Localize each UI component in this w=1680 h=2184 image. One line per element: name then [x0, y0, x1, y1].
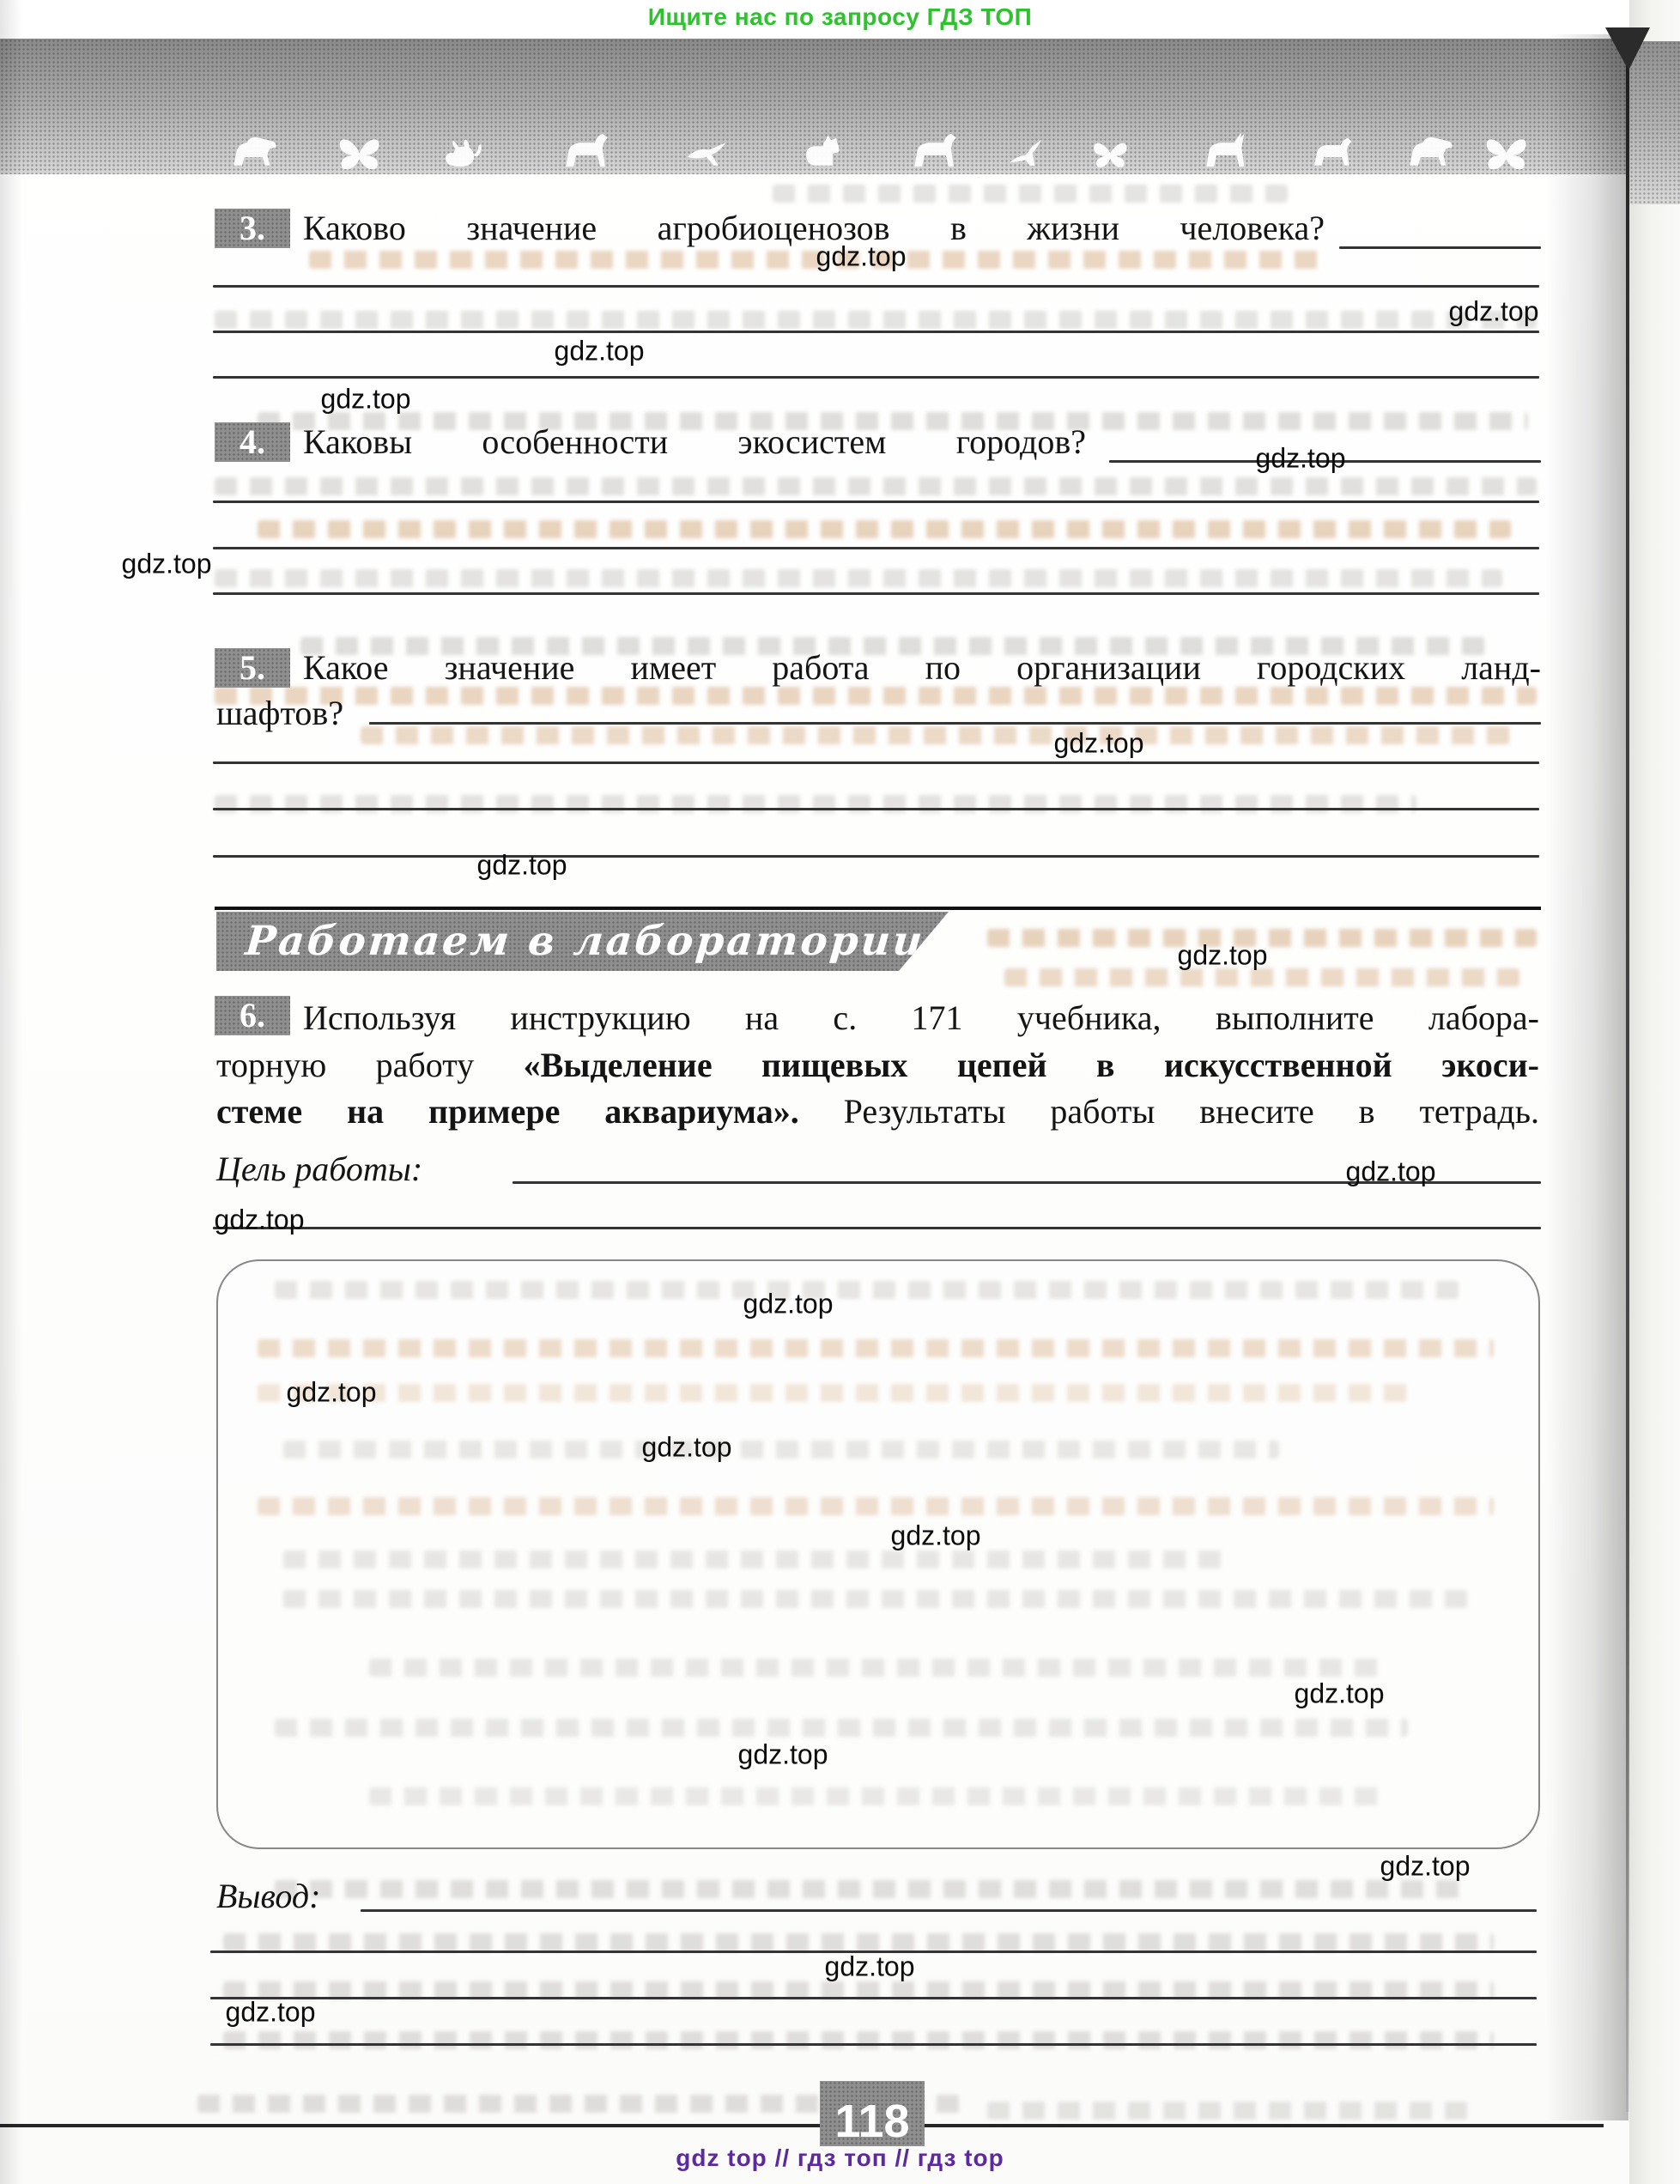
bison-icon: [1406, 133, 1454, 169]
question-6-text-line3: стеме на примере аквариума». Результаты …: [216, 1092, 1539, 1131]
gdz-watermark: gdz.top: [477, 850, 567, 882]
scorpion-icon: [440, 135, 485, 169]
gdz-watermark: gdz.top: [825, 1951, 915, 1983]
question-6-line2-bold: «Выделение пищевых цепей в искусственной…: [524, 1046, 1539, 1084]
bleed-through-smudge: [223, 1933, 1494, 1951]
bleed-through-smudge: [773, 185, 1288, 203]
page-number: 118: [834, 2098, 909, 2145]
gdz-watermark: gdz.top: [1449, 296, 1539, 328]
answer-blank-line: [210, 1997, 1537, 1999]
gdz-watermark: gdz.top: [816, 241, 907, 273]
crane-icon: [1003, 135, 1048, 169]
gdz-watermark: gdz.top: [738, 1739, 828, 1771]
page-fold-shadow: [1545, 34, 1628, 2120]
gdz-watermark: gdz.top: [1380, 1851, 1471, 1883]
butterfly-icon: [337, 135, 382, 169]
goal-label: Цель работы:: [216, 1150, 422, 1189]
gdz-watermark: gdz.top: [1295, 1678, 1385, 1710]
bleed-through-smudge: [215, 569, 1502, 587]
footer-rule: [0, 2124, 1604, 2127]
question-6-line3-regular: Результаты работы внесите в тетрадь.: [799, 1092, 1539, 1131]
horse-icon: [560, 131, 610, 169]
answer-blank-line: [213, 500, 1539, 503]
gdz-watermark: gdz.top: [1054, 728, 1144, 760]
bleed-through-smudge: [361, 726, 1511, 744]
bleed-through-smudge: [223, 2031, 1494, 2049]
answer-blank-line: [213, 855, 1539, 858]
goat-icon: [1308, 133, 1356, 169]
question-3-number-badge: 3.: [215, 209, 290, 248]
gdz-watermark: gdz.top: [1178, 940, 1268, 972]
gdz-watermark: gdz.top: [321, 384, 411, 416]
question-4-number-badge: 4.: [215, 422, 290, 462]
question-6-text-line1: Используя инструкцию на с. 171 учебника,…: [303, 998, 1539, 1038]
answer-blank-line: [213, 331, 1539, 333]
bleed-through-smudge: [987, 2102, 1468, 2120]
gdz-watermark: gdz.top: [1346, 1156, 1436, 1188]
deer-icon: [1200, 131, 1251, 169]
answer-blank-line: [213, 547, 1539, 549]
stork-icon: [682, 133, 731, 169]
cat-icon: [797, 133, 845, 169]
page-fold-line: [1626, 39, 1629, 2112]
adjacent-page-edge: [1629, 0, 1680, 2184]
gdz-watermark: gdz.top: [743, 1289, 834, 1320]
page-number-badge: 118: [820, 2081, 925, 2146]
lab-section-banner: Работаем в лаборатории: [216, 912, 949, 971]
answer-blank-line: [213, 285, 1539, 288]
question-6-text-line2: торную работу «Выделение пищевых цепей в…: [216, 1046, 1539, 1085]
horse-icon: [908, 131, 959, 169]
moth-icon: [1089, 136, 1132, 169]
conclusion-label: Вывод:: [216, 1877, 320, 1916]
left-page-edge-shadow: [0, 0, 22, 2184]
question-6-number-badge: 6.: [215, 996, 290, 1035]
answer-blank-line: [210, 2043, 1537, 2046]
butterfly-icon: [1483, 135, 1529, 169]
bleed-through-smudge: [258, 520, 1511, 538]
gdz-watermark: gdz.top: [287, 1377, 377, 1409]
answer-blank-line: [213, 808, 1539, 810]
gdz-watermark: gdz.top: [891, 1520, 981, 1552]
answer-blank-line: [213, 761, 1539, 764]
question-4-text: Каковы особенности экосистем городов?: [303, 422, 1086, 462]
answer-blank-line: [361, 1909, 1537, 1912]
answer-blank-line: [213, 376, 1539, 379]
answer-blank-line: [213, 1227, 1541, 1229]
answer-blank-line: [1339, 246, 1541, 249]
banner-top-rule: [215, 907, 1541, 910]
question-5-text-line1: Какое значение имеет работа по организац…: [303, 648, 1541, 688]
question-6-line2-regular: торную работу: [216, 1046, 524, 1084]
question-5-text-line2: шафтов?: [216, 694, 343, 733]
gdz-watermark: gdz.top: [642, 1432, 732, 1464]
bison-icon: [230, 133, 278, 169]
gdz-watermark: gdz.top: [555, 336, 645, 367]
bleed-through-smudge: [275, 1880, 1459, 1898]
question-5-number: 5.: [240, 648, 265, 687]
question-6-number: 6.: [240, 996, 265, 1034]
question-4-number: 4.: [240, 422, 265, 461]
answer-blank-line: [369, 722, 1541, 725]
lab-results-box: [216, 1259, 1540, 1849]
question-3-number: 3.: [240, 209, 265, 247]
question-3-text: Каково значение агробиоценозов в жизни ч…: [303, 209, 1325, 248]
animal-silhouette-band: [0, 39, 1680, 174]
question-5-number-badge: 5.: [215, 648, 290, 688]
adjacent-page-band: [1629, 41, 1680, 204]
bleed-through-smudge: [215, 311, 1537, 329]
answer-blank-line: [213, 592, 1539, 595]
footer-links: gdz top // гдз топ // гдз top: [0, 2145, 1680, 2172]
bleed-through-smudge: [215, 477, 1537, 495]
workbook-page-scan: Ищите нас по запросу ГДЗ ТОП 3. Каково з…: [0, 0, 1680, 2184]
gdz-watermark: gdz.top: [122, 549, 212, 580]
question-6-line3-bold: стеме на примере аквариума».: [216, 1092, 799, 1131]
promo-text: Ищите нас по запросу ГДЗ ТОП: [0, 3, 1680, 31]
bleed-through-smudge: [215, 687, 1537, 705]
gdz-watermark: gdz.top: [226, 1997, 316, 2029]
gdz-watermark: gdz.top: [215, 1204, 305, 1236]
gdz-watermark: gdz.top: [1256, 443, 1346, 475]
lab-section-banner-label: Работаем в лаборатории: [215, 918, 927, 965]
